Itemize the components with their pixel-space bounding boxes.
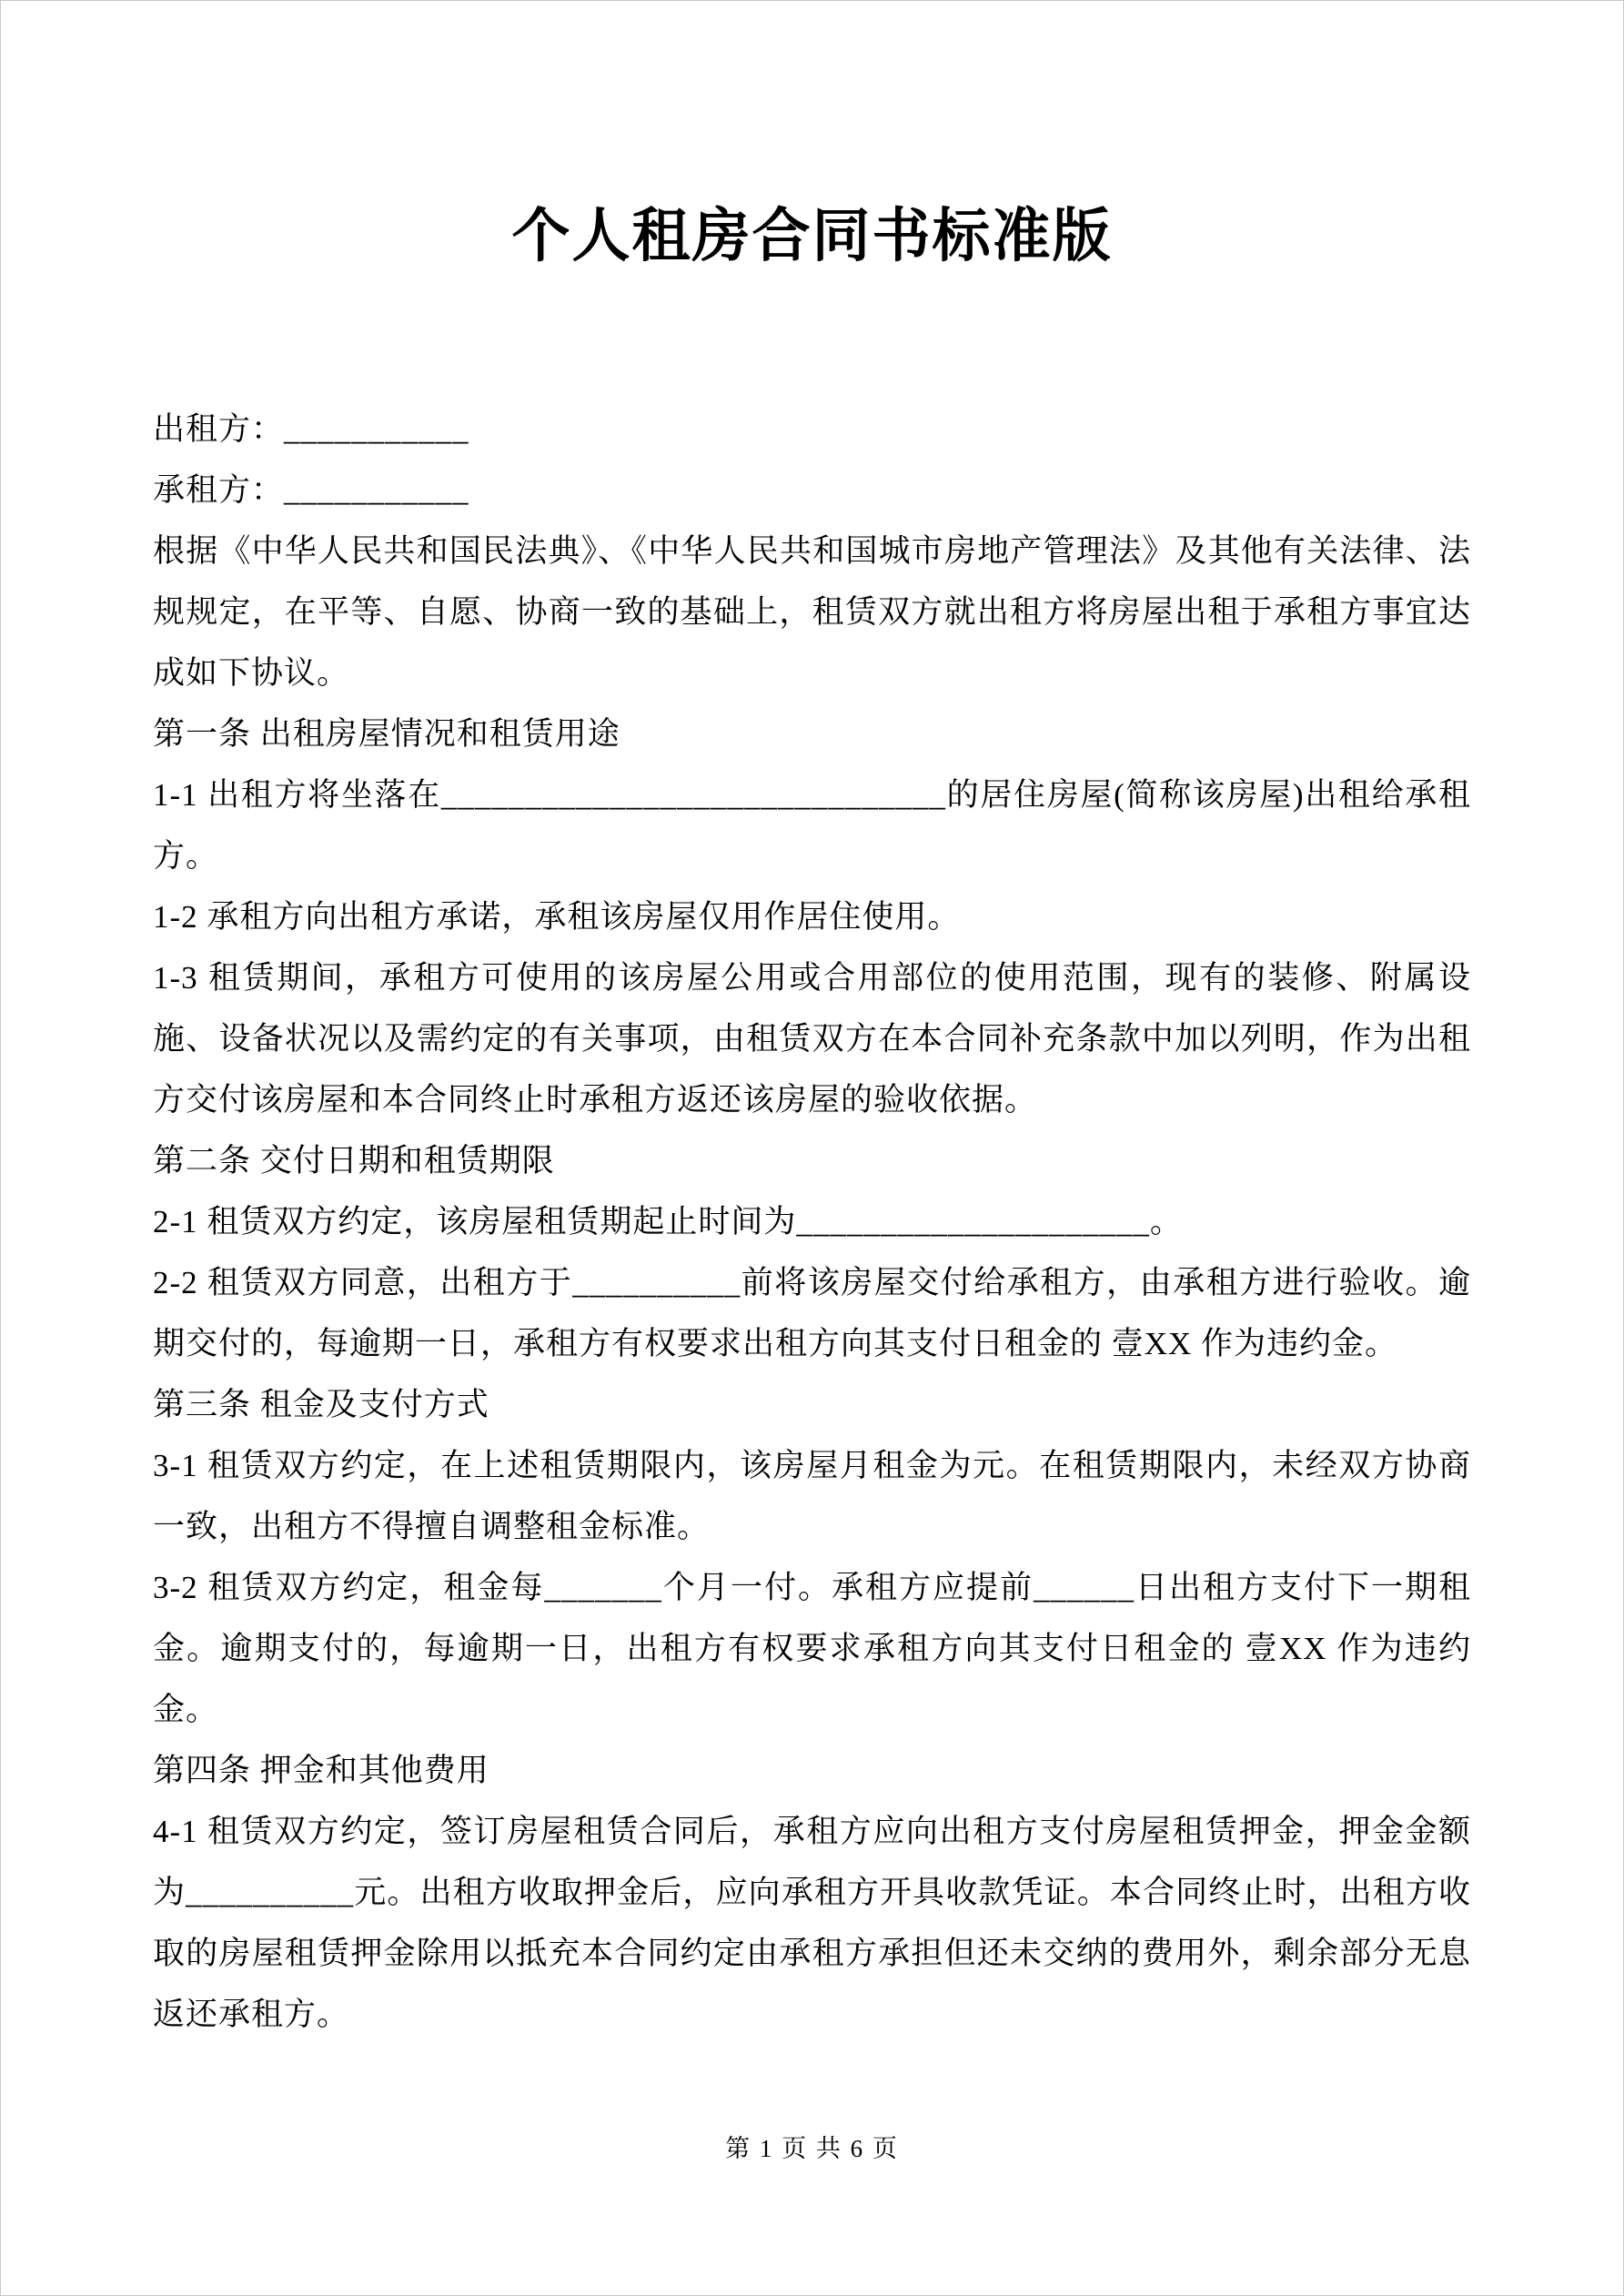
section-1-heading: 第一条 出租房屋情况和租赁用途 xyxy=(153,703,1471,764)
contract-body: 出租方：___________ 承租方：___________ 根据《中华人民共… xyxy=(153,399,1471,2045)
section-4-heading: 第四条 押金和其他费用 xyxy=(153,1740,1471,1801)
lessee-line: 承租方：___________ xyxy=(153,460,1471,521)
clause-2-1: 2-1 租赁双方约定，该房屋租赁期起止时间为__________________… xyxy=(153,1191,1471,1252)
lessor-line: 出租方：___________ xyxy=(153,399,1471,460)
clause-1-1: 1-1 出租方将坐落在_____________________________… xyxy=(153,764,1471,886)
page-number-footer: 第 1 页 共 6 页 xyxy=(1,2129,1623,2164)
clause-2-2: 2-2 租赁双方同意，出租方于__________前将该房屋交付给承租方，由承租… xyxy=(153,1252,1471,1374)
page-title: 个人租房合同书标准版 xyxy=(153,206,1471,267)
clause-1-2: 1-2 承租方向出租方承诺，承租该房屋仅用作居住使用。 xyxy=(153,886,1471,947)
preamble-paragraph: 根据《中华人民共和国民法典》、《中华人民共和国城市房地产管理法》及其他有关法律、… xyxy=(153,521,1471,703)
section-3-heading: 第三条 租金及支付方式 xyxy=(153,1374,1471,1435)
section-2-heading: 第二条 交付日期和租赁期限 xyxy=(153,1130,1471,1191)
clause-3-2: 3-2 租赁双方约定，租金每_______个月一付。承租方应提前______日出… xyxy=(153,1557,1471,1740)
clause-4-1: 4-1 租赁双方约定，签订房屋租赁合同后，承租方应向出租方支付房屋租赁押金，押金… xyxy=(153,1801,1471,2045)
clause-1-3: 1-3 租赁期间，承租方可使用的该房屋公用或合用部位的使用范围，现有的装修、附属… xyxy=(153,947,1471,1130)
clause-3-1: 3-1 租赁双方约定，在上述租赁期限内，该房屋月租金为元。在租赁期限内，未经双方… xyxy=(153,1435,1471,1557)
contract-page: 个人租房合同书标准版 出租方：___________ 承租方：_________… xyxy=(0,0,1624,2296)
